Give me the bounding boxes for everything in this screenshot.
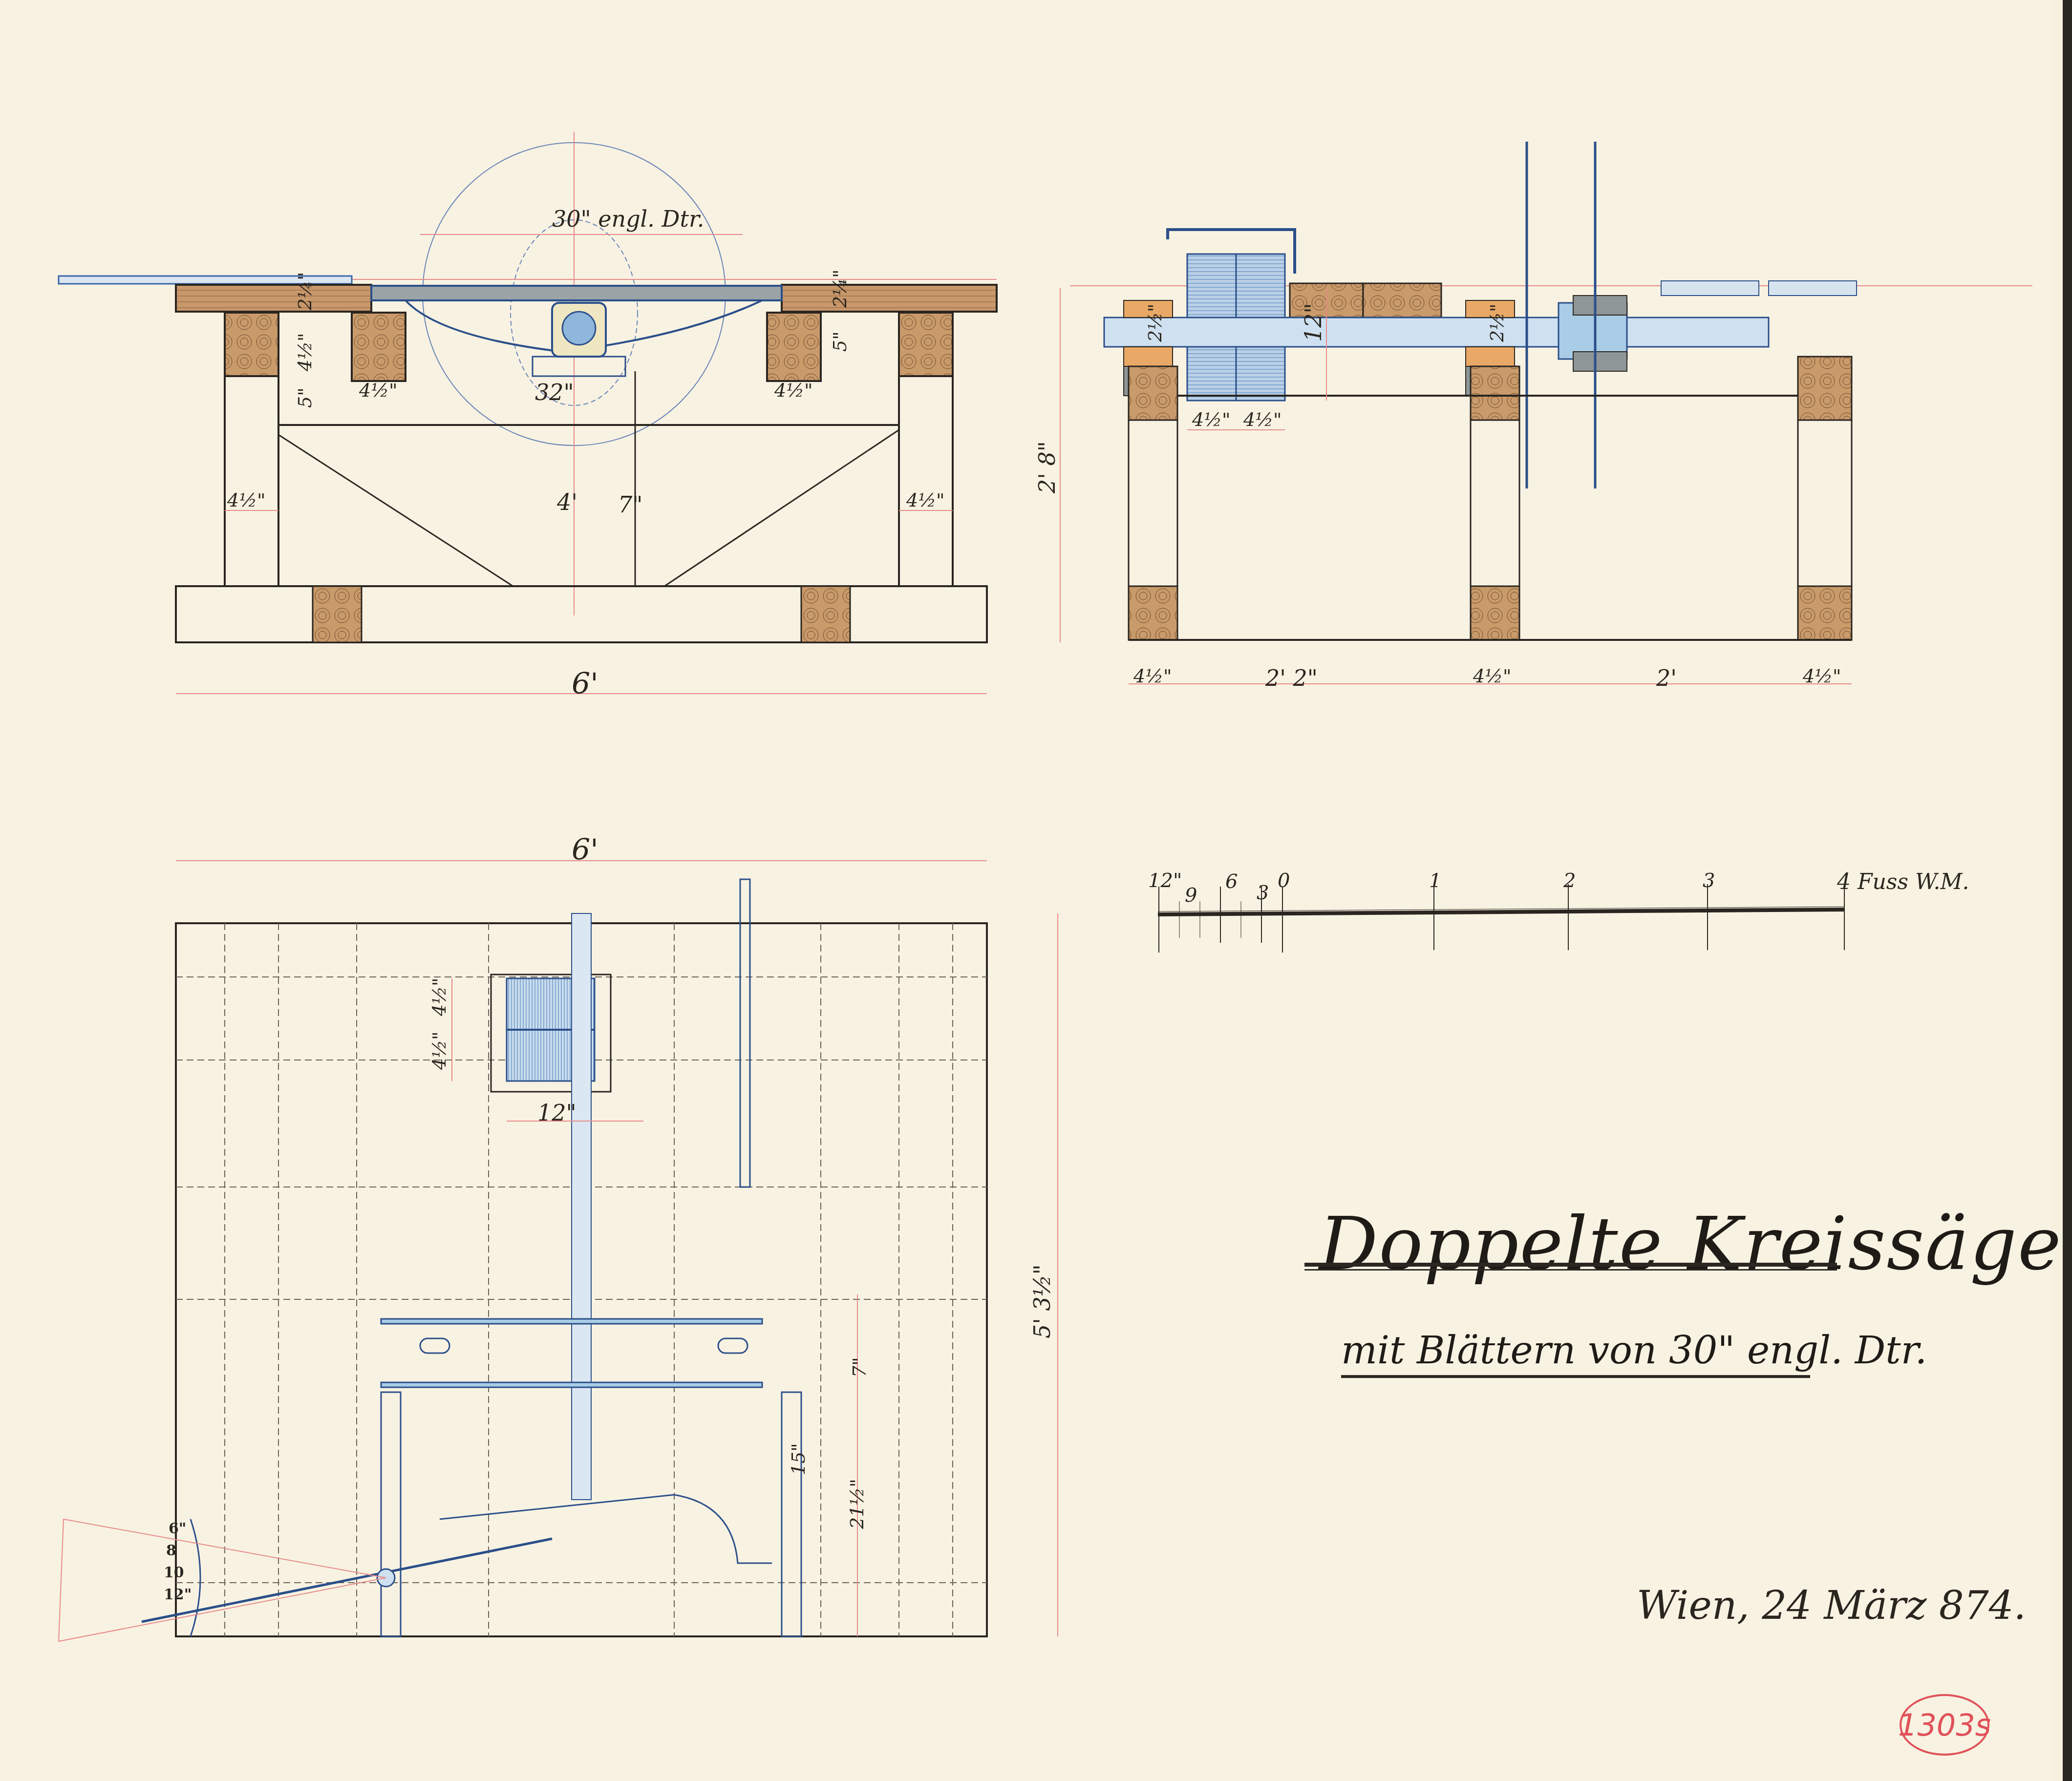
place-date: Wien, 24 März 874. [1637,1583,2026,1628]
scale-label-1: 1 [1429,869,1441,892]
drawing-subtitle: mit Blättern von 30" engl. Dtr. [1341,1329,1927,1373]
title-underline [1304,1263,1837,1267]
dim-overall-width-front: 6' [572,669,598,699]
lever-scale-4: 12" [164,1588,192,1602]
scale-label-12: 12" [1148,869,1182,892]
dim-center-left: 4' [557,491,577,513]
dim-left-beam-height: 4½" [296,333,314,372]
lever-scale-1: 6" [169,1522,187,1536]
dim-pulley-half-a: 4½" [430,978,449,1017]
dim-frame-a: 15" [789,1443,808,1475]
dim-pulley-half-right: 4½" [1243,410,1282,429]
dim-left-leg: 4½" [227,491,266,509]
dim-overall-height: 2' 8" [1036,441,1058,493]
dim-overall-depth: 5' 3½" [1031,1264,1053,1338]
blade-diameter-label: 30" engl. Dtr. [552,208,705,230]
scale-end-label: 4 Fuss W.M. [1837,869,1969,894]
dim-pulley-half-left: 4½" [1192,410,1231,429]
scale-label-2: 2 [1563,869,1576,892]
dim-slot-spacing: 7" [850,1357,869,1378]
scale-label-3ft: 3 [1703,869,1715,892]
pulley-diameter-label: 32" [535,381,574,403]
scale-label-0: 0 [1278,869,1290,892]
scale-label-3: 3 [1257,882,1269,904]
dim-bottom-4: 2' [1656,667,1677,689]
dim-pulley-width: 12" [537,1102,577,1124]
dim-bottom-2: 2' 2" [1265,667,1318,689]
dim-bottom-5: 4½" [1803,667,1841,685]
drawing-title: Doppelte Kreissäge [1319,1202,2062,1287]
title-underline-thin [1304,1269,1837,1271]
dim-top-right-board: 2¼" [831,270,849,308]
dim-bottom-1: 4½" [1133,667,1172,685]
dim-shaft-a: 2½" [1146,304,1164,342]
plan-view [59,861,1058,1641]
dim-pulley-half-b: 4½" [430,1032,449,1070]
dim-left-beam-width: 4½" [359,381,398,400]
archive-stamp: 1303s [1900,1694,1989,1756]
scale-label-9: 9 [1185,884,1197,907]
dim-right-beam-width: 4½" [774,381,813,400]
dim-overall-width-plan: 6' [572,835,598,865]
dim-left-gap: 5" [296,387,314,408]
dim-right-gap: 5" [831,331,849,352]
dim-bottom-3: 4½" [1473,667,1512,685]
scale-label-6: 6 [1225,870,1238,893]
dim-right-leg: 4½" [906,491,945,509]
dim-shaft-b: 2½" [1488,304,1506,342]
dim-pulley-height: 12" [1302,303,1324,342]
dim-center-right: 7" [618,493,642,516]
technical-drawing [0,0,2072,1781]
lever-scale-2: 8 [166,1544,176,1558]
dim-top-left-board: 2¼" [296,272,314,311]
dim-frame-b: 21½" [848,1479,866,1529]
subtitle-underline [1341,1375,1810,1378]
lever-scale-3: 10 [164,1566,184,1580]
